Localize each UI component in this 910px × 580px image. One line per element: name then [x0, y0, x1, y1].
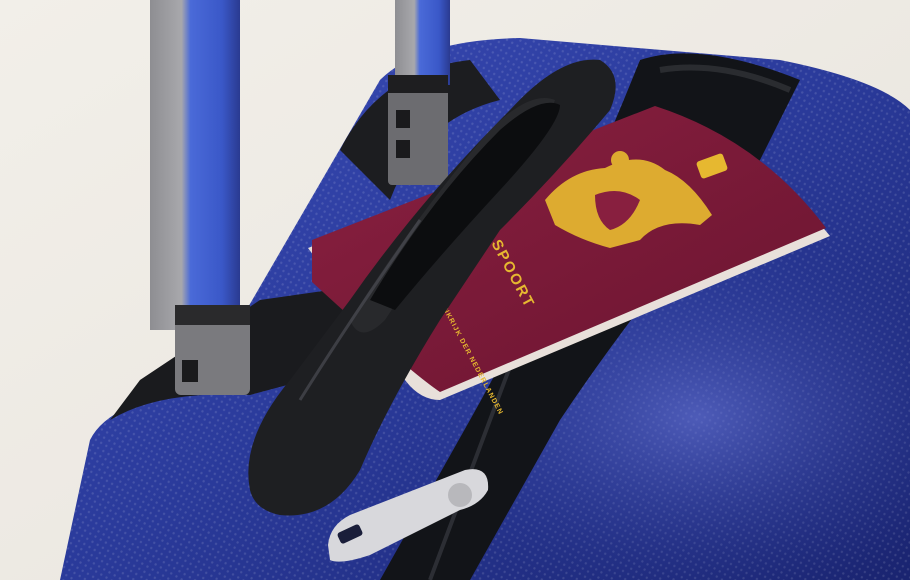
photo: PASPOORT KONINKRIJK DER NEDERLANDEN — [0, 0, 910, 580]
photo-scene: PASPOORT KONINKRIJK DER NEDERLANDEN — [0, 0, 910, 580]
